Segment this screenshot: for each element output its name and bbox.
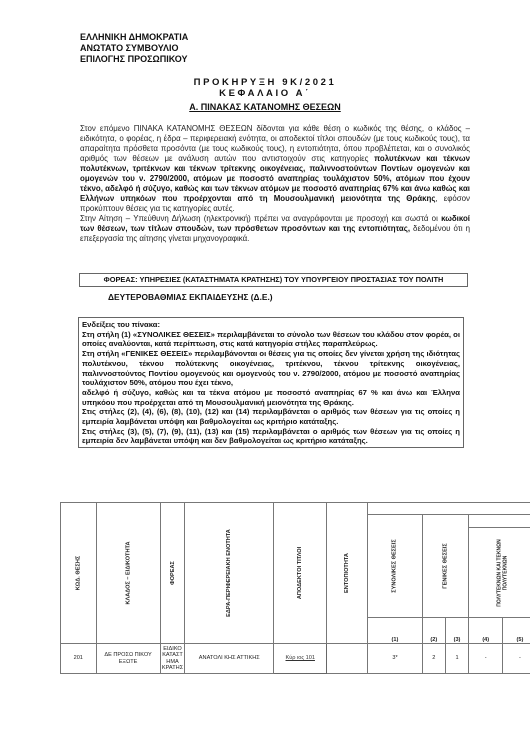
cell-agency: ΕΙΔΙΚΟ ΚΑΤΑΣΤ ΗΜΑ ΚΡΑΤΗΣ: [160, 644, 185, 674]
table-row: 201 ΔΕ ΠΡΟΣΩ ΠΙΚΟΥ ΕΞΩΤΕ ΕΙΔΙΚΟ ΚΑΤΑΣΤ Η…: [61, 644, 530, 674]
cell-titles[interactable]: Κύρ ιος 101: [274, 644, 327, 674]
org-line-1: ΕΛΛΗΝΙΚΗ ΔΗΜΟΚΡΑΤΙΑ: [80, 32, 188, 43]
column-number: (5): [503, 618, 530, 644]
note-line: αδελφό ή σύζυγο, καθώς και τα τέκνα ατόμ…: [82, 388, 460, 407]
header-branch-label: ΚΛΑΔΟΣ – ΕΙΔΙΚΟΤΗΤΑ: [125, 541, 131, 604]
intro-paragraph-2: Στην Αίτηση – Υπεύθυνη Δήλωση (ηλεκτρονι…: [80, 214, 470, 244]
note-line: Στις στήλες (2), (4), (6), (8), (10), (1…: [82, 407, 460, 426]
header-general-label: ΓΕΝΙΚΕΣ ΘΕΣΕΙΣ: [442, 543, 448, 588]
announcement-title: ΠΡΟΚΗΡΥΞΗ 9Κ/2021: [0, 77, 530, 88]
header-positions-group: ΑΡΙΘΜΟΣ ΘΕΣΕΩΝ: [368, 503, 530, 515]
titles-link[interactable]: Κύρ ιος 101: [286, 655, 315, 661]
table-notes-box: Ενδείξεις του πίνακα: Στη στήλη (1) «ΣΥΝ…: [78, 317, 464, 448]
note-line: Στις στήλες (3), (5), (7), (9), (11), (1…: [82, 427, 460, 446]
cell-value: -: [503, 644, 530, 674]
cell-value: 1: [445, 644, 468, 674]
header-locality: ΕΝΤΟΠΙΟΤΗΤΑ: [327, 503, 368, 644]
header-total-label: ΣΥΝΟΛΙΚΕΣ ΘΕΣΕΙΣ: [392, 539, 398, 592]
header-general: ΓΕΝΙΚΕΣ ΘΕΣΕΙΣ: [422, 515, 468, 618]
section-title: Α. ΠΙΝΑΚΑΣ ΚΑΤΑΝΟΜΗΣ ΘΕΣΕΩΝ: [0, 102, 530, 113]
org-line-2: ΑΝΩΤΑΤΟ ΣΥΜΒΟΥΛΙΟ: [80, 43, 188, 54]
header-seat: ΕΔΡΑ-ΠΕΡΙΦΕΡΕΙΑΚΗ ΕΝΟΤΗΤΑ: [185, 503, 274, 644]
header-total: ΣΥΝΟΛΙΚΕΣ ΘΕΣΕΙΣ: [368, 515, 422, 618]
header-code-label: ΚΩΔ. ΘΕΣΗΣ: [75, 556, 81, 591]
header-locality-label: ΕΝΤΟΠΙΟΤΗΤΑ: [344, 553, 350, 593]
note-line: Στη στήλη (1) «ΣΥΝΟΛΙΚΕΣ ΘΕΣΕΙΣ» περιλαμ…: [82, 330, 460, 349]
column-number: (3): [445, 618, 468, 644]
column-number: (4): [469, 618, 503, 644]
intro-paragraph-1: Στον επόμενο ΠΙΝΑΚΑ ΚΑΤΑΝΟΜΗΣ ΘΕΣΕΩΝ δίδ…: [80, 124, 470, 214]
header-agency-label: ΦΟΡΕΑΣ: [170, 561, 176, 585]
header-branch: ΚΛΑΔΟΣ – ΕΙΔΙΚΟΤΗΤΑ: [96, 503, 160, 644]
positions-table: ΚΩΔ. ΘΕΣΗΣ ΚΛΑΔΟΣ – ΕΙΔΙΚΟΤΗΤΑ ΦΟΡΕΑΣ ΕΔ…: [60, 502, 530, 674]
cell-locality: [327, 644, 368, 674]
header-code: ΚΩΔ. ΘΕΣΗΣ: [61, 503, 97, 644]
cell-branch: ΔΕ ΠΡΟΣΩ ΠΙΚΟΥ ΕΞΩΤΕ: [96, 644, 160, 674]
column-number: (2): [422, 618, 445, 644]
org-line-3: ΕΠΙΛΟΓΗΣ ΠΡΟΣΩΠΙΚΟΥ: [80, 54, 188, 65]
header-titles: ΑΠΟΔΕΚΤΟΙ ΤΙΤΛΟΙ: [274, 503, 327, 644]
cell-value: -: [469, 644, 503, 674]
notes-title: Ενδείξεις του πίνακα:: [82, 320, 460, 330]
header-special-1: ΠΟΛΥΤΕΚΝΩΝ ΚΑΙ ΤΕΚΝΩΝΠΟΛΥΤΕΚΝΩΝ: [469, 528, 530, 618]
header-titles-label: ΑΠΟΔΕΚΤΟΙ ΤΙΤΛΟΙ: [297, 547, 303, 599]
agency-box: ΦΟΡΕΑΣ: ΥΠΗΡΕΣΙΕΣ (ΚΑΤΑΣΤΗΜΑΤΑ ΚΡΑΤΗΣΗΣ)…: [79, 273, 468, 287]
header-agency: ΦΟΡΕΑΣ: [160, 503, 185, 644]
cell-code: 201: [61, 644, 97, 674]
header-seat-label: ΕΔΡΑ-ΠΕΡΙΦΕΡΕΙΑΚΗ ΕΝΟΤΗΤΑ: [226, 529, 232, 617]
header-line: ΠΟΛΥΤΕΚΝΩΝ: [503, 555, 509, 590]
header-special-group: ΕΙΔΙΚΕΣ ΚΑΤΗΓΟΡΙΕΣ ΘΕΣΕΩΝ: [469, 515, 530, 528]
intro-text-normal: Στην Αίτηση – Υπεύθυνη Δήλωση (ηλεκτρονι…: [80, 214, 441, 223]
cell-value: 3*: [368, 644, 422, 674]
note-line: Στη στήλη «ΓΕΝΙΚΕΣ ΘΕΣΕΙΣ» περιλαμβάνοντ…: [82, 349, 460, 388]
education-level: ΔΕΥΤΕΡΟΒΑΘΜΙΑΣ ΕΚΠΑΙΔΕΥΣΗΣ (Δ.Ε.): [108, 292, 273, 302]
chapter-title: ΚΕΦΑΛΑΙΟ Α΄: [0, 88, 530, 99]
intro-text: Στον επόμενο ΠΙΝΑΚΑ ΚΑΤΑΝΟΜΗΣ ΘΕΣΕΩΝ δίδ…: [80, 124, 470, 244]
organization-header: ΕΛΛΗΝΙΚΗ ΔΗΜΟΚΡΑΤΙΑ ΑΝΩΤΑΤΟ ΣΥΜΒΟΥΛΙΟ ΕΠ…: [80, 32, 188, 65]
column-number: (1): [368, 618, 422, 644]
cell-seat: ΑΝΑΤΟΛΙ ΚΗΣ ΑΤΤΙΚΗΣ: [185, 644, 274, 674]
cell-value: 2: [422, 644, 445, 674]
